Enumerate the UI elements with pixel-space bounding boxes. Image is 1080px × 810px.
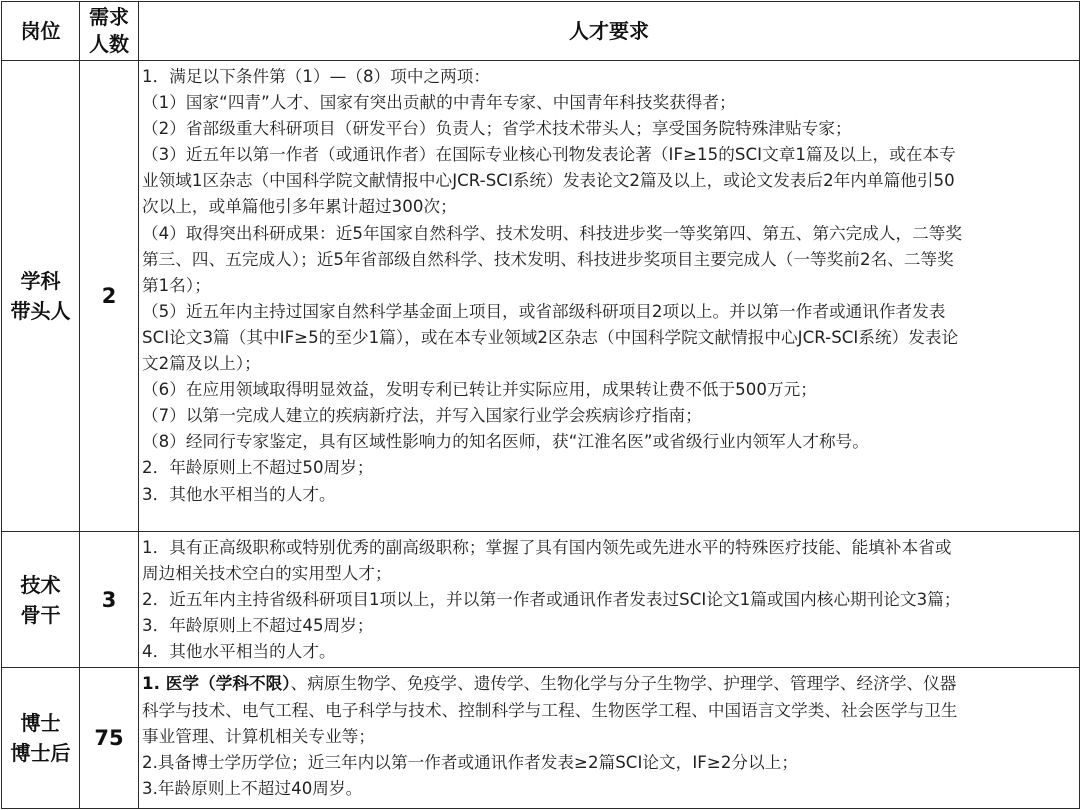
header-count-line1: 需求 [89, 5, 129, 29]
requirement-line: 4．其他水平相当的人才。 [142, 639, 1077, 665]
header-count: 需求 人数 [80, 2, 139, 61]
count-cell: 75 [80, 668, 139, 809]
header-requirements: 人才要求 [139, 2, 1080, 61]
table-row-technical-backbone: 技术 骨干 3 1．具有正高级职称或特别优秀的副高级职称；掌握了具有国内领先或先… [2, 532, 1080, 668]
position-line2: 骨干 [21, 603, 61, 627]
requirement-line: 2．近五年内主持省级科研项目1项以上，并以第一作者或通讯作者发表过SCI论文1篇… [142, 587, 1077, 613]
position-line1: 技术 [21, 573, 61, 597]
position-line2: 带头人 [11, 299, 71, 323]
position-line1: 博士 [21, 711, 61, 735]
table-row-discipline-leader: 学科 带头人 2 1．满足以下条件第（1）—（8）项中之两项： （1）国家“四青… [2, 61, 1080, 532]
header-requirements-label: 人才要求 [569, 19, 649, 43]
requirements-cell: 1. 医学（学科不限）、病原生物学、免疫学、遗传学、生物化学与分子生物学、护理学… [139, 668, 1080, 809]
requirement-line: 次以上，或单篇他引多年累计超过300次； [142, 194, 1077, 220]
header-position: 岗位 [2, 2, 80, 61]
count-cell: 3 [80, 532, 139, 668]
requirements-cell: 1．满足以下条件第（1）—（8）项中之两项： （1）国家“四青”人才、国家有突出… [139, 61, 1080, 532]
requirement-line: （5）近五年内主持过国家自然科学基金面上项目，或省部级科研项目2项以上。并以第一… [142, 299, 1077, 325]
position-cell: 学科 带头人 [2, 61, 80, 532]
count-value: 2 [102, 284, 117, 308]
talent-requirements-table: 岗位 需求 人数 人才要求 学科 带头人 2 1．满足以下条件第（1）—（8）项… [1, 1, 1080, 809]
position-cell: 技术 骨干 [2, 532, 80, 668]
header-count-line2: 人数 [89, 32, 129, 56]
requirement-line: 科学与技术、电气工程、电子科学与技术、控制科学与工程、生物医学工程、中国语言文学… [142, 698, 1077, 724]
requirement-line: 1．具有正高级职称或特别优秀的副高级职称；掌握了具有国内领先或先进水平的特殊医疗… [142, 535, 1077, 561]
requirement-line: 第1名）； [142, 273, 1077, 299]
requirement-line: 业领域1区杂志（中国科学院文献情报中心JCR-SCI系统）发表论文2篇及以上，或… [142, 168, 1077, 194]
requirements-cell: 1．具有正高级职称或特别优秀的副高级职称；掌握了具有国内领先或先进水平的特殊医疗… [139, 532, 1080, 668]
position-line1: 学科 [21, 269, 61, 293]
requirement-line: （4）取得突出科研成果：近5年国家自然科学、技术发明、科技进步奖一等奖第四、第五… [142, 221, 1077, 247]
count-value: 3 [102, 588, 117, 612]
requirement-line: 3．年龄原则上不超过45周岁； [142, 613, 1077, 639]
requirement-line: 3．其他水平相当的人才。 [142, 482, 1077, 508]
requirement-line: （3）近五年以第一作者（或通讯作者）在国际专业核心刊物发表论著（IF≥15的SC… [142, 142, 1077, 168]
count-value: 75 [94, 726, 123, 750]
requirement-line: 周边相关技术空白的实用型人才； [142, 561, 1077, 587]
requirement-emphasis: 1. 医学（学科不限） [142, 674, 291, 693]
requirement-line: （7）以第一完成人建立的疾病新疗法，并写入国家行业学会疾病诊疗指南； [142, 403, 1077, 429]
requirement-line: （1）国家“四青”人才、国家有突出贡献的中青年专家、中国青年科技奖获得者； [142, 90, 1077, 116]
table-row-phd-postdoc: 博士 博士后 75 1. 医学（学科不限）、病原生物学、免疫学、遗传学、生物化学… [2, 668, 1080, 809]
requirement-line: 2．年龄原则上不超过50周岁； [142, 455, 1077, 481]
header-row: 岗位 需求 人数 人才要求 [2, 2, 1080, 61]
requirement-line: 1．满足以下条件第（1）—（8）项中之两项： [142, 64, 1077, 90]
requirement-line: 3.年龄原则上不超过40周岁。 [142, 776, 1077, 802]
position-line2: 博士后 [11, 741, 71, 765]
requirement-line: 事业管理、计算机相关专业等； [142, 724, 1077, 750]
requirement-line: （2）省部级重大科研项目（研发平台）负责人；省学术技术带头人；享受国务院特殊津贴… [142, 116, 1077, 142]
requirement-line: 1. 医学（学科不限）、病原生物学、免疫学、遗传学、生物化学与分子生物学、护理学… [142, 671, 1077, 697]
requirement-line-rest: 、病原生物学、免疫学、遗传学、生物化学与分子生物学、护理学、管理学、经济学、仪器 [291, 674, 957, 693]
header-position-label: 岗位 [21, 19, 61, 43]
requirement-line: （8）经同行专家鉴定，具有区域性影响力的知名医师，获“江淮名医”或省级行业内领军… [142, 429, 1077, 455]
count-cell: 2 [80, 61, 139, 532]
requirement-line: SCI论文3篇（其中IF≥5的至少1篇），或在本专业领域2区杂志（中国科学院文献… [142, 325, 1077, 351]
requirement-line: 第三、四、五完成人）；近5年省部级自然科学、技术发明、科技进步奖项目主要完成人（… [142, 247, 1077, 273]
requirement-line: 2.具备博士学历学位；近三年内以第一作者或通讯作者发表≥2篇SCI论文，IF≥2… [142, 750, 1077, 776]
requirement-line: 文2篇及以上）； [142, 351, 1077, 377]
position-cell: 博士 博士后 [2, 668, 80, 809]
requirement-line: （6）在应用领域取得明显效益，发明专利已转让并实际应用，成果转让费不低于500万… [142, 377, 1077, 403]
